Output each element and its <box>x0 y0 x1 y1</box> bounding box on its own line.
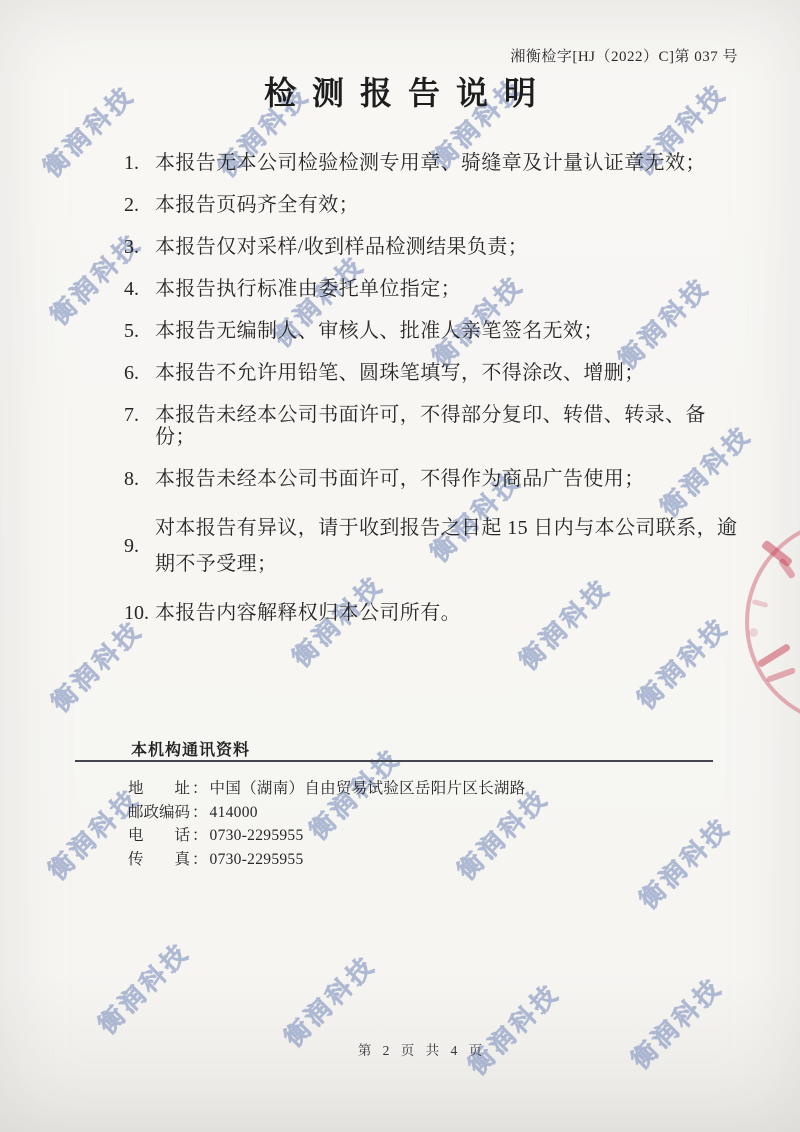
item-number: 5. <box>124 320 155 342</box>
contact-value: 中国（湖南）自由贸易试验区岳阳片区长湖路 <box>210 777 526 801</box>
watermark-text: 衡润科技 <box>275 946 382 1053</box>
item-text: 本报告无本公司检验检测专用章、骑缝章及计量认证章无效； <box>155 152 742 174</box>
contact-label: 地 址 <box>128 777 192 801</box>
contact-row-address: 地 址：中国（湖南）自由贸易试验区岳阳片区长湖路 <box>128 777 526 801</box>
item-number: 1. <box>124 152 155 174</box>
list-item: 9. 对本报告有异议，请于收到报告之日起 15 日内与本公司联系，逾 期不予受理… <box>124 510 742 582</box>
item-text: 本报告页码齐全有效； <box>155 194 742 216</box>
contact-value: 0730-2295955 <box>210 848 304 872</box>
item-number: 6. <box>124 362 155 384</box>
contact-label: 电 话 <box>128 824 192 848</box>
contact-colon: ： <box>192 801 208 825</box>
contact-row-postcode: 邮政编码：414000 <box>128 801 526 825</box>
document-page: 衡润科技衡润科技衡润科技衡润科技衡润科技衡润科技衡润科技衡润科技衡润科技衡润科技… <box>0 0 800 1132</box>
contact-value: 0730-2295955 <box>210 824 304 848</box>
report-ref-number: 湘衡检字[HJ（2022）C]第 037 号 <box>510 45 738 66</box>
contact-colon: ： <box>192 824 208 848</box>
list-item: 4. 本报告执行标准由委托单位指定； <box>124 278 742 300</box>
contact-colon: ： <box>192 848 208 872</box>
item-text: 本报告内容解释权归本公司所有。 <box>155 602 742 624</box>
item-text: 本报告未经本公司书面许可，不得作为商品广告使用； <box>155 468 742 490</box>
item-text: 本报告未经本公司书面许可，不得部分复印、转借、转录、备份； <box>155 404 742 448</box>
stamp-stroke <box>766 667 796 683</box>
item-number: 9. <box>124 535 155 557</box>
item-text: 本报告仅对采样/收到样品检测结果负责； <box>155 236 742 258</box>
watermark-text: 衡润科技 <box>89 933 196 1040</box>
contact-row-fax: 传 真：0730-2295955 <box>128 848 526 872</box>
list-item: 8. 本报告未经本公司书面许可，不得作为商品广告使用； <box>124 468 742 490</box>
contact-label: 邮政编码 <box>128 801 192 825</box>
item-number: 8. <box>124 468 155 490</box>
item-number: 7. <box>124 404 155 426</box>
list-item: 7. 本报告未经本公司书面许可，不得部分复印、转借、转录、备份； <box>124 404 742 448</box>
stamp-stroke <box>757 643 791 668</box>
item-number: 2. <box>124 194 155 216</box>
item-text: 本报告无编制人、审核人、批准人亲笔签名无效； <box>155 320 742 342</box>
watermark-text: 衡润科技 <box>622 968 729 1075</box>
stamp-stroke <box>761 539 793 567</box>
list-item: 1. 本报告无本公司检验检测专用章、骑缝章及计量认证章无效； <box>124 152 742 174</box>
watermark-text: 衡润科技 <box>459 974 566 1081</box>
item-text: 本报告执行标准由委托单位指定； <box>155 278 742 300</box>
item-text: 对本报告有异议，请于收到报告之日起 15 日内与本公司联系，逾 期不予受理； <box>155 510 742 582</box>
item-number: 10. <box>124 602 155 624</box>
list-item: 10. 本报告内容解释权归本公司所有。 <box>124 602 742 624</box>
stamp-stroke <box>752 599 769 608</box>
item-number: 3. <box>124 236 155 258</box>
list-item: 5. 本报告无编制人、审核人、批准人亲笔签名无效； <box>124 320 742 342</box>
list-item: 6. 本报告不允许用铅笔、圆珠笔填写，不得涂改、增删； <box>124 362 742 384</box>
contact-heading: 本机构通讯资料 <box>131 737 250 760</box>
contact-value: 414000 <box>210 801 258 825</box>
stamp-stroke <box>749 628 758 637</box>
contact-divider <box>75 760 713 762</box>
page-indicator: 第 2 页 共 4 页 <box>0 1039 800 1059</box>
contact-colon: ： <box>192 777 208 801</box>
item-number: 4. <box>124 278 155 300</box>
list-item: 3. 本报告仅对采样/收到样品检测结果负责； <box>124 236 742 258</box>
contact-label: 传 真 <box>128 848 192 872</box>
stamp-ring-icon <box>745 518 800 726</box>
watermark-text: 衡润科技 <box>630 808 737 915</box>
page-title: 检测报告说明 <box>0 68 800 114</box>
notes-list: 1. 本报告无本公司检验检测专用章、骑缝章及计量认证章无效； 2. 本报告页码齐… <box>124 152 742 644</box>
contact-info: 地 址：中国（湖南）自由贸易试验区岳阳片区长湖路 邮政编码：414000 电 话… <box>128 777 526 871</box>
contact-row-phone: 电 话：0730-2295955 <box>128 824 526 848</box>
list-item: 2. 本报告页码齐全有效； <box>124 194 742 216</box>
stamp-stroke <box>778 557 796 579</box>
item-text: 本报告不允许用铅笔、圆珠笔填写，不得涂改、增删； <box>155 362 742 384</box>
